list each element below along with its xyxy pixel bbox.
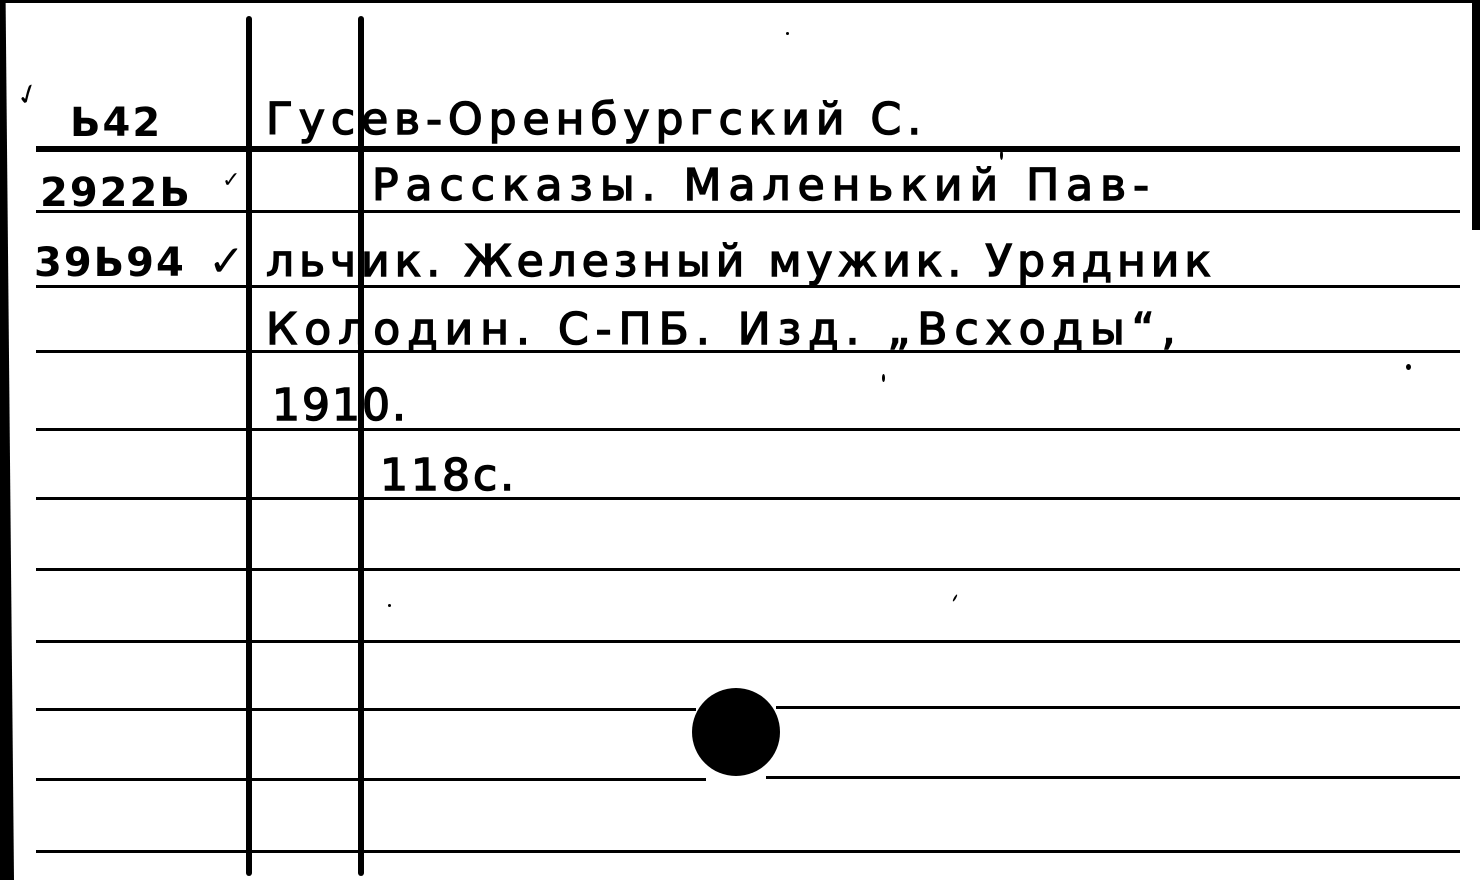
ruled-line-7 — [36, 568, 1460, 571]
description-line-3: Колодин. С-ПБ. Изд. „Всходы“, — [266, 304, 1183, 355]
scan-speck — [786, 32, 789, 35]
description-line-2: льчик. Железный мужик. Урядник — [266, 236, 1216, 287]
punch-hole — [692, 688, 780, 776]
ruled-line-10b — [766, 776, 1460, 779]
scan-speck — [1406, 364, 1411, 370]
scan-speck — [882, 374, 885, 382]
card-top-edge — [0, 0, 1480, 3]
column-rule-left — [246, 16, 252, 876]
scan-speck — [1000, 150, 1003, 160]
ruled-line-8 — [36, 640, 1460, 643]
ruled-line-9b — [776, 706, 1460, 709]
inventory-number-1: 2922Ь — [40, 170, 192, 216]
ruled-line-10a — [36, 778, 706, 781]
ruled-line-5 — [36, 428, 1460, 431]
scan-speck — [952, 594, 958, 602]
check-mark-icon: ✓ — [208, 236, 245, 287]
scan-speck — [388, 604, 391, 607]
card-right-edge — [1472, 0, 1480, 230]
author-heading: Гусев-Оренбургский С. — [266, 94, 927, 145]
ruled-line-11 — [36, 850, 1460, 853]
ruled-line-6 — [36, 497, 1460, 500]
check-mark-icon: ✓ — [11, 75, 44, 114]
description-line-1: Рассказы. Маленький Пав- — [372, 160, 1156, 211]
card-left-edge — [0, 0, 14, 880]
inventory-number-2: 39Ь94 — [34, 240, 186, 286]
catalog-card: ✓ ✓ ✓ Ь42 2922Ь 39Ь94 Гусев-Оренбургский… — [0, 0, 1480, 880]
check-mark-icon: ✓ — [222, 168, 240, 193]
publication-year: 1910. — [272, 380, 408, 431]
shelf-mark: Ь42 — [70, 100, 162, 146]
ruled-line-1 — [36, 146, 1460, 152]
column-rule-right — [358, 16, 364, 876]
ruled-line-9a — [36, 708, 696, 711]
page-count: 118с. — [380, 450, 517, 501]
